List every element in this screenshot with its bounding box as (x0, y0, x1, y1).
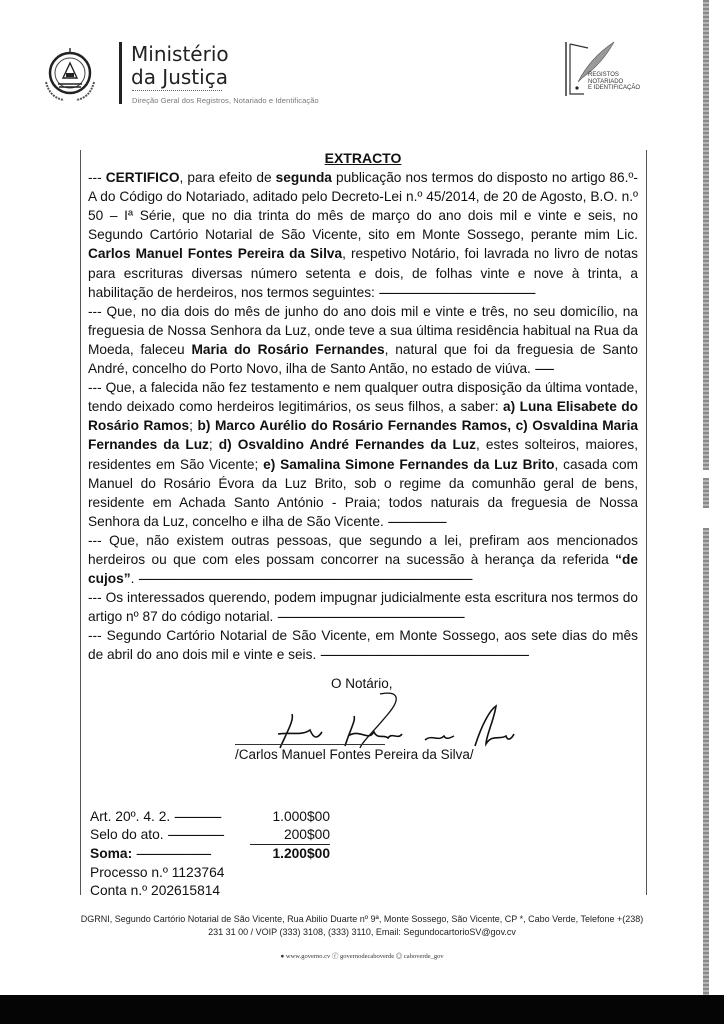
fee-value: 1.000$00 (250, 808, 330, 826)
header-rule (132, 90, 222, 91)
notary-role-label: O Notário, (331, 676, 393, 691)
fee-row: Art. 20º. 4. 2. --------------- 1.000$00 (90, 808, 330, 826)
paragraph-death: --- Que, no dia dois do mês de junho do … (88, 302, 638, 378)
conta-number: Conta n.º 202615814 (90, 882, 330, 900)
scanner-artifact-bar (703, 0, 709, 470)
document-title: EXTRACTO (88, 149, 638, 168)
signature-line (235, 744, 385, 745)
globe-icon: ● (280, 953, 284, 960)
ministry-line-1: Ministério (131, 43, 229, 66)
document-body: EXTRACTO --- CERTIFICO, para efeito de s… (88, 149, 638, 665)
paragraph-certifico: --- CERTIFICO, para efeito de segunda pu… (88, 168, 638, 302)
paragraph-no-others: --- Que, não existem outras pessoas, que… (88, 531, 638, 588)
frame-right-border (646, 150, 647, 895)
processo-number: Processo n.º 1123764 (90, 864, 330, 882)
header-divider (119, 42, 122, 104)
fee-value: 200$00 (250, 826, 330, 845)
footer-social: ● www.governo.cv ⓕ governodecaboverde ◎ … (40, 951, 684, 960)
fee-total-row: Soma: ------------------------ 1.200$00 (90, 845, 330, 863)
scanner-artifact-bar (703, 528, 709, 998)
fees-table: Art. 20º. 4. 2. --------------- 1.000$00… (90, 808, 330, 900)
frame-left-border (80, 150, 81, 895)
ministry-subtitle: Direção Geral dos Registros, Notariado e… (132, 96, 319, 105)
fee-total-value: 1.200$00 (250, 845, 330, 863)
social-link-instagram[interactable]: caboverde_gov (404, 953, 444, 960)
instagram-icon: ◎ (396, 953, 403, 960)
paragraph-impugnar: --- Os interessados querendo, podem impu… (88, 588, 638, 626)
footer-contact: DGRNI, Segundo Cartório Notarial de São … (40, 913, 684, 939)
fee-row: Selo do ato. ------------------ 200$00 (90, 826, 330, 845)
signer-name: /Carlos Manuel Fontes Pereira da Silva/ (235, 747, 474, 762)
ministry-line-2: da Justiça (131, 66, 229, 89)
social-link-website[interactable]: www.governo.cv (286, 953, 330, 960)
social-link-facebook[interactable]: governodecaboverde (340, 953, 394, 960)
paragraph-place-date: --- Segundo Cartório Notarial de São Vic… (88, 626, 638, 664)
ministry-name: Ministério da Justiça (131, 43, 229, 89)
handwritten-signature-icon (250, 690, 520, 750)
paragraph-heirs: --- Que, a falecida não fez testamento e… (88, 378, 638, 531)
scanner-artifact-bar (703, 478, 709, 508)
rni-logo-text: REGISTOS NOTARIADO E IDENTIFICAÇÃO (588, 72, 640, 92)
coat-of-arms-emblem (32, 42, 112, 104)
facebook-icon: ⓕ (332, 953, 339, 960)
scan-bottom-edge (0, 995, 724, 1024)
